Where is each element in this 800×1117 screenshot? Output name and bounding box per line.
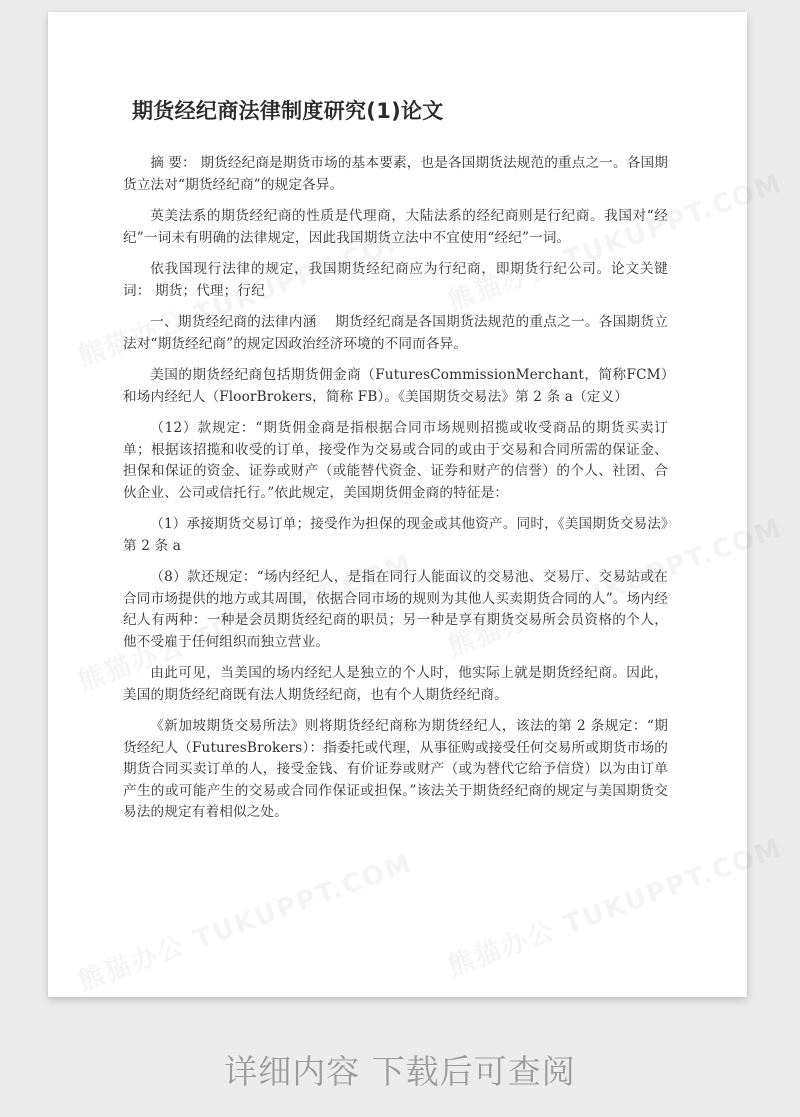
- watermark: 熊猫办公 TUKUPPT.COM: [442, 828, 787, 984]
- body-paragraph: （12）款规定：“期货佣金商是指根据合同市场规则招揽或收受商品的期货买卖订单；根…: [123, 418, 668, 504]
- keywords-paragraph: 依我国现行法律的规定，我国期货经纪商应为行纪商，即期货行纪公司。论文关键词： 期…: [123, 259, 668, 302]
- body-paragraph: （8）款还规定：“场内经纪人，是指在同行人能面议的交易池、交易厅、交易站或在合同…: [123, 567, 668, 653]
- abstract-paragraph: 摘 要： 期货经纪商是期货市场的基本要素，也是各国期货法规范的重点之一。各国期货…: [123, 153, 668, 196]
- body-paragraph: 美国的期货经纪商包括期货佣金商（FuturesCommissionMerchan…: [123, 365, 668, 408]
- document-page: 熊猫办公 TUKUPPT.COM 熊猫办公 TUKUPPT.COM 熊猫办公 T…: [48, 12, 747, 997]
- document-body: 摘 要： 期货经纪商是期货市场的基本要素，也是各国期货法规范的重点之一。各国期货…: [123, 153, 668, 834]
- watermark: 熊猫办公 TUKUPPT.COM: [72, 843, 417, 999]
- body-paragraph: （1）承接期货交易订单；接受作为担保的现金或其他资产。同时，《美国期货交易法》第…: [123, 514, 668, 557]
- section-heading-paragraph: 一、期货经纪商的法律内涵 期货经纪商是各国期货法规范的重点之一。各国期货立法对“…: [123, 312, 668, 355]
- document-title: 期货经纪商法律制度研究(1)论文: [132, 95, 444, 125]
- body-paragraph: 《新加坡期货交易所法》则将期货经纪商称为期货经纪人，该法的第 2 条规定：“期货…: [123, 716, 668, 824]
- body-paragraph: 英美法系的期货经纪商的性质是代理商，大陆法系的经纪商则是行纪商。我国对“经纪”一…: [123, 206, 668, 249]
- body-paragraph: 由此可见，当美国的场内经纪人是独立的个人时，他实际上就是期货经纪商。因此，美国的…: [123, 663, 668, 706]
- download-prompt-text: 详细内容 下载后可查阅: [0, 1046, 800, 1093]
